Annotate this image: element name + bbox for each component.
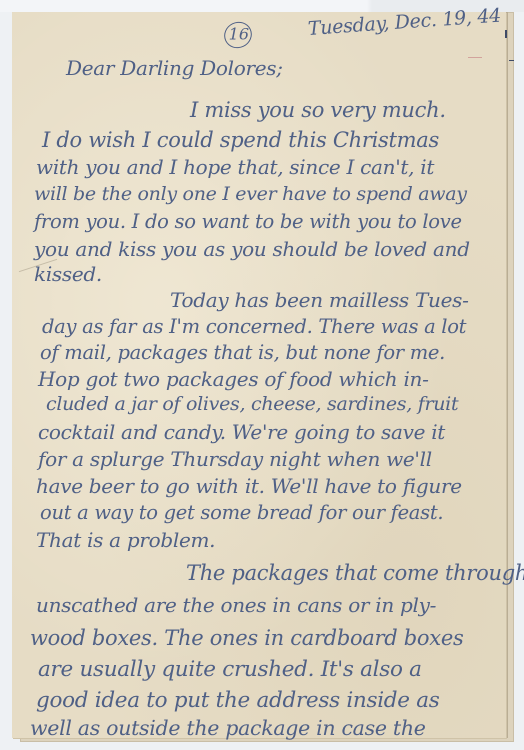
letter-line: out a way to get some bread for our feas… bbox=[40, 503, 443, 523]
letter-line: Hop got two packages of food which in- bbox=[38, 369, 429, 389]
edge-mark bbox=[509, 60, 514, 61]
letter-line: I miss you so very much. bbox=[190, 100, 446, 121]
letter-line: The packages that come through bbox=[186, 563, 524, 584]
letter-line: are usually quite crushed. It's also a bbox=[38, 659, 422, 681]
red-pencil-mark bbox=[468, 57, 482, 58]
letter-line: cocktail and candy. We're going to save … bbox=[38, 422, 445, 442]
letter-line: you and kiss you as you should be loved … bbox=[34, 239, 470, 259]
letter-line: day as far as I'm concerned. There was a… bbox=[42, 317, 466, 337]
letter-line: cluded a jar of olives, cheese, sardines… bbox=[46, 395, 458, 414]
letter-line: of mail, packages that is, but none for … bbox=[40, 343, 445, 363]
page-number: 16 bbox=[229, 25, 249, 44]
letter-line: from you. I do so want to be with you to… bbox=[34, 212, 462, 232]
edge-mark bbox=[505, 30, 507, 38]
letter-line: Today has been mailless Tues- bbox=[170, 290, 469, 310]
letter-line: unscathed are the ones in cans or in ply… bbox=[36, 595, 436, 615]
letter-line: for a splurge Thursday night when we'll bbox=[38, 449, 432, 469]
letter-line: well as outside the package in case the bbox=[30, 718, 426, 739]
letter-line: will be the only one I ever have to spen… bbox=[34, 185, 467, 204]
letter-line: good idea to put the address inside as bbox=[36, 690, 439, 712]
letter-line: That is a problem. bbox=[36, 530, 215, 550]
letter-line: have beer to go with it. We'll have to f… bbox=[36, 476, 462, 496]
letter-line: wood boxes. The ones in cardboard boxes bbox=[30, 628, 463, 649]
letter-line: kissed. bbox=[34, 264, 102, 284]
salutation: Dear Darling Dolores; bbox=[66, 58, 283, 78]
letter-line: with you and I hope that, since I can't,… bbox=[36, 157, 434, 177]
letter-line: I do wish I could spend this Christmas bbox=[42, 130, 439, 151]
